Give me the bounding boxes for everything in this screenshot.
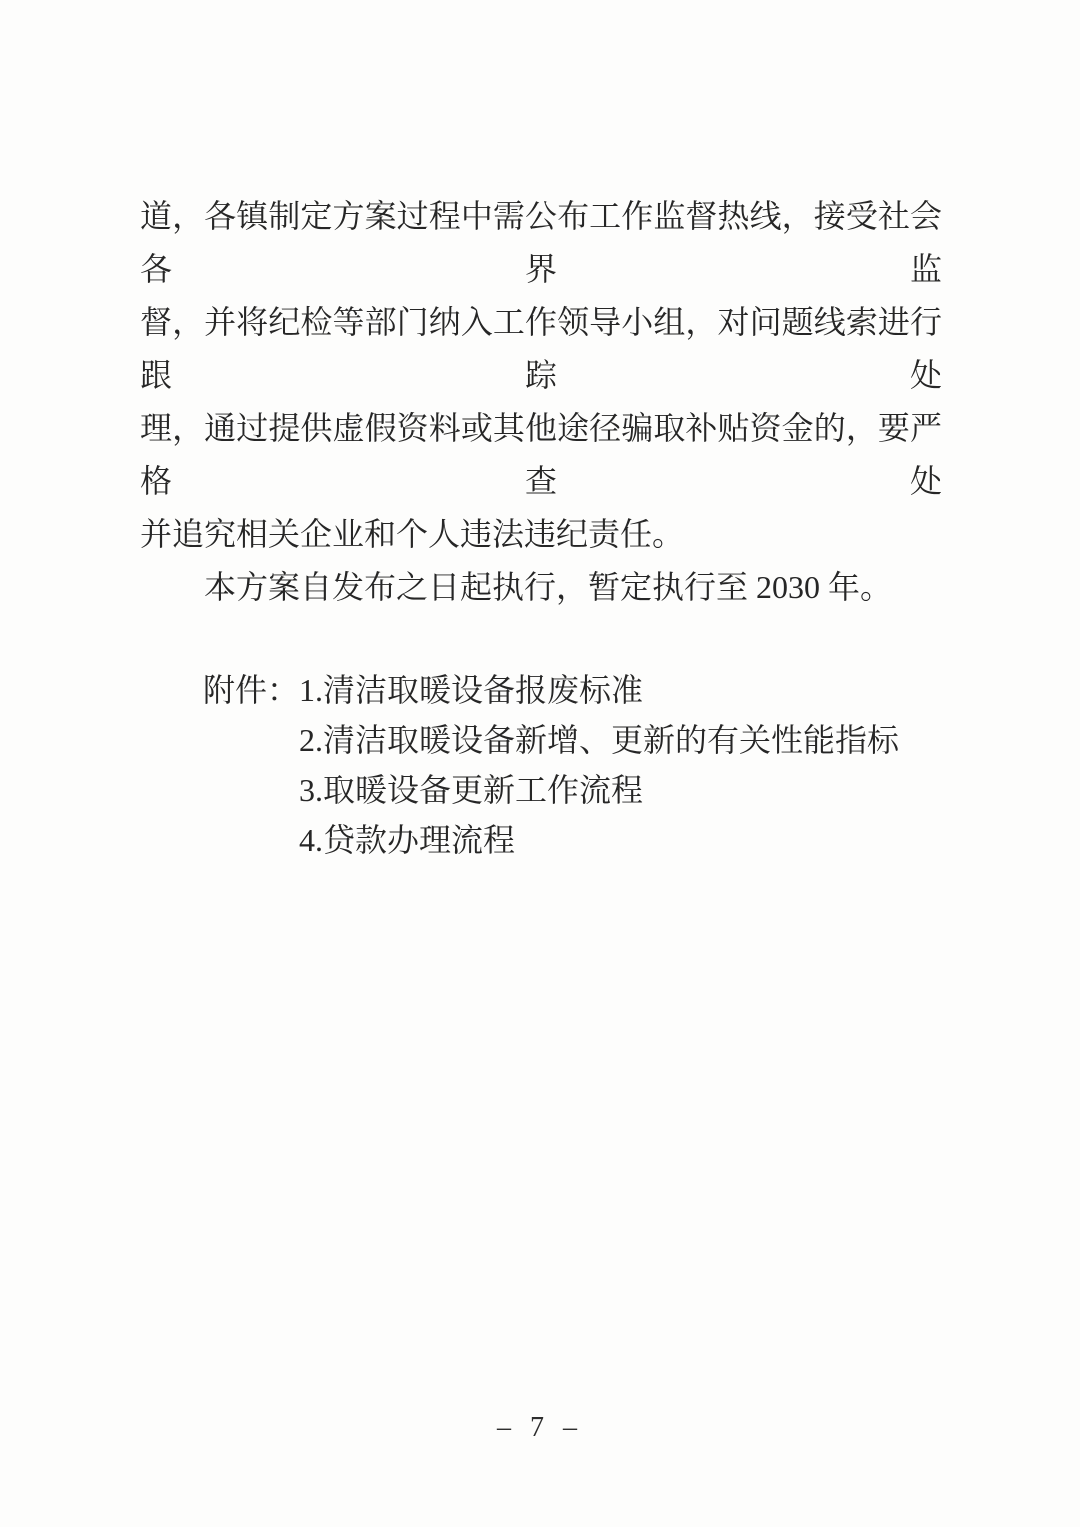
attachments-block: 附件： 1.清洁取暖设备报废标准 2.清洁取暖设备新增、更新的有关性能指标 3.…: [203, 665, 942, 865]
content-area: 道，各镇制定方案过程中需公布工作监督热线，接受社会各界监 督，并将纪检等部门纳入…: [140, 190, 942, 865]
body-line-2: 督，并将纪检等部门纳入工作领导小组，对问题线索进行跟踪处: [140, 296, 942, 402]
attachment-item-4: 4.贷款办理流程: [299, 815, 942, 865]
attachment-item-2: 2.清洁取暖设备新增、更新的有关性能指标: [299, 715, 942, 765]
page-number: – 7 –: [0, 1412, 1080, 1444]
execution-line: 本方案自发布之日起执行，暂定执行至 2030 年。: [140, 561, 942, 614]
attachments-list: 1.清洁取暖设备报废标准 2.清洁取暖设备新增、更新的有关性能指标 3.取暖设备…: [299, 665, 942, 865]
attachment-item-3: 3.取暖设备更新工作流程: [299, 765, 942, 815]
body-line-3: 理，通过提供虚假资料或其他途径骗取补贴资金的，要严格查处: [140, 402, 942, 508]
attachment-item-1: 1.清洁取暖设备报废标准: [299, 665, 942, 715]
body-line-1: 道，各镇制定方案过程中需公布工作监督热线，接受社会各界监: [140, 190, 942, 296]
document-page: 道，各镇制定方案过程中需公布工作监督热线，接受社会各界监 督，并将纪检等部门纳入…: [0, 0, 1080, 1527]
attachments-label: 附件：: [203, 665, 299, 715]
body-line-4: 并追究相关企业和个人违法违纪责任。: [140, 508, 942, 561]
